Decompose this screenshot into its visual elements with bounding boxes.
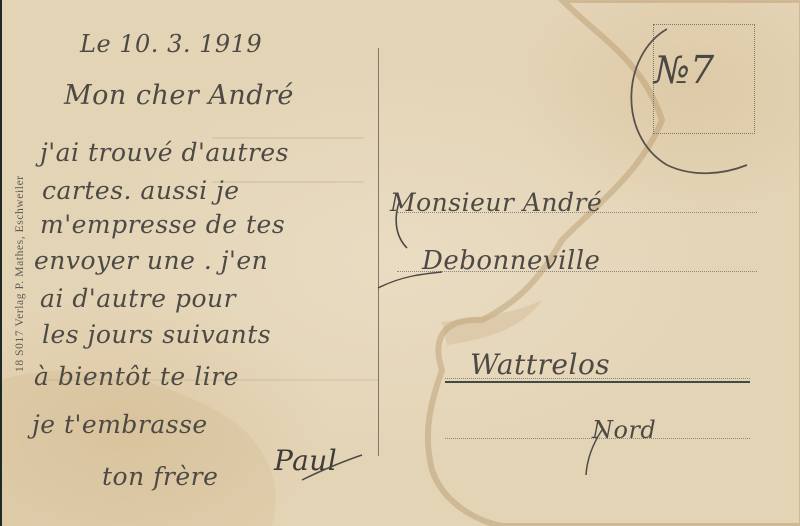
address-recipient: Monsieur André <box>390 188 602 217</box>
address-surname: Debonneville <box>422 246 600 276</box>
message-closing: ton frère <box>102 462 218 491</box>
center-divider <box>378 48 379 456</box>
message-salutation: Mon cher André <box>64 80 294 111</box>
message-line-3: m'empresse de tes <box>40 210 285 239</box>
message-line-1: j'ai trouvé d'autres <box>40 138 289 167</box>
address-rule-3-bold <box>445 381 750 383</box>
address-region: Nord <box>592 416 656 444</box>
message-line-4: envoyer une . j'en <box>34 246 268 275</box>
postcard-back: 18 S017 Verlag P. Mathes, Eschweiler Le … <box>0 0 800 526</box>
publisher-imprint: 18 S017 Verlag P. Mathes, Eschweiler <box>6 72 34 372</box>
card-number: №7 <box>654 48 714 92</box>
address-city: Wattrelos <box>470 348 610 381</box>
message-line-6: les jours suivants <box>42 320 271 349</box>
signature: Paul <box>274 444 337 477</box>
message-line-5: ai d'autre pour <box>40 284 236 313</box>
message-date: Le 10. 3. 1919 <box>80 30 262 58</box>
message-line-8: je t'embrasse <box>32 410 208 439</box>
message-line-2: cartes. aussi je <box>42 176 240 205</box>
message-line-7: à bientôt te lire <box>34 362 239 391</box>
